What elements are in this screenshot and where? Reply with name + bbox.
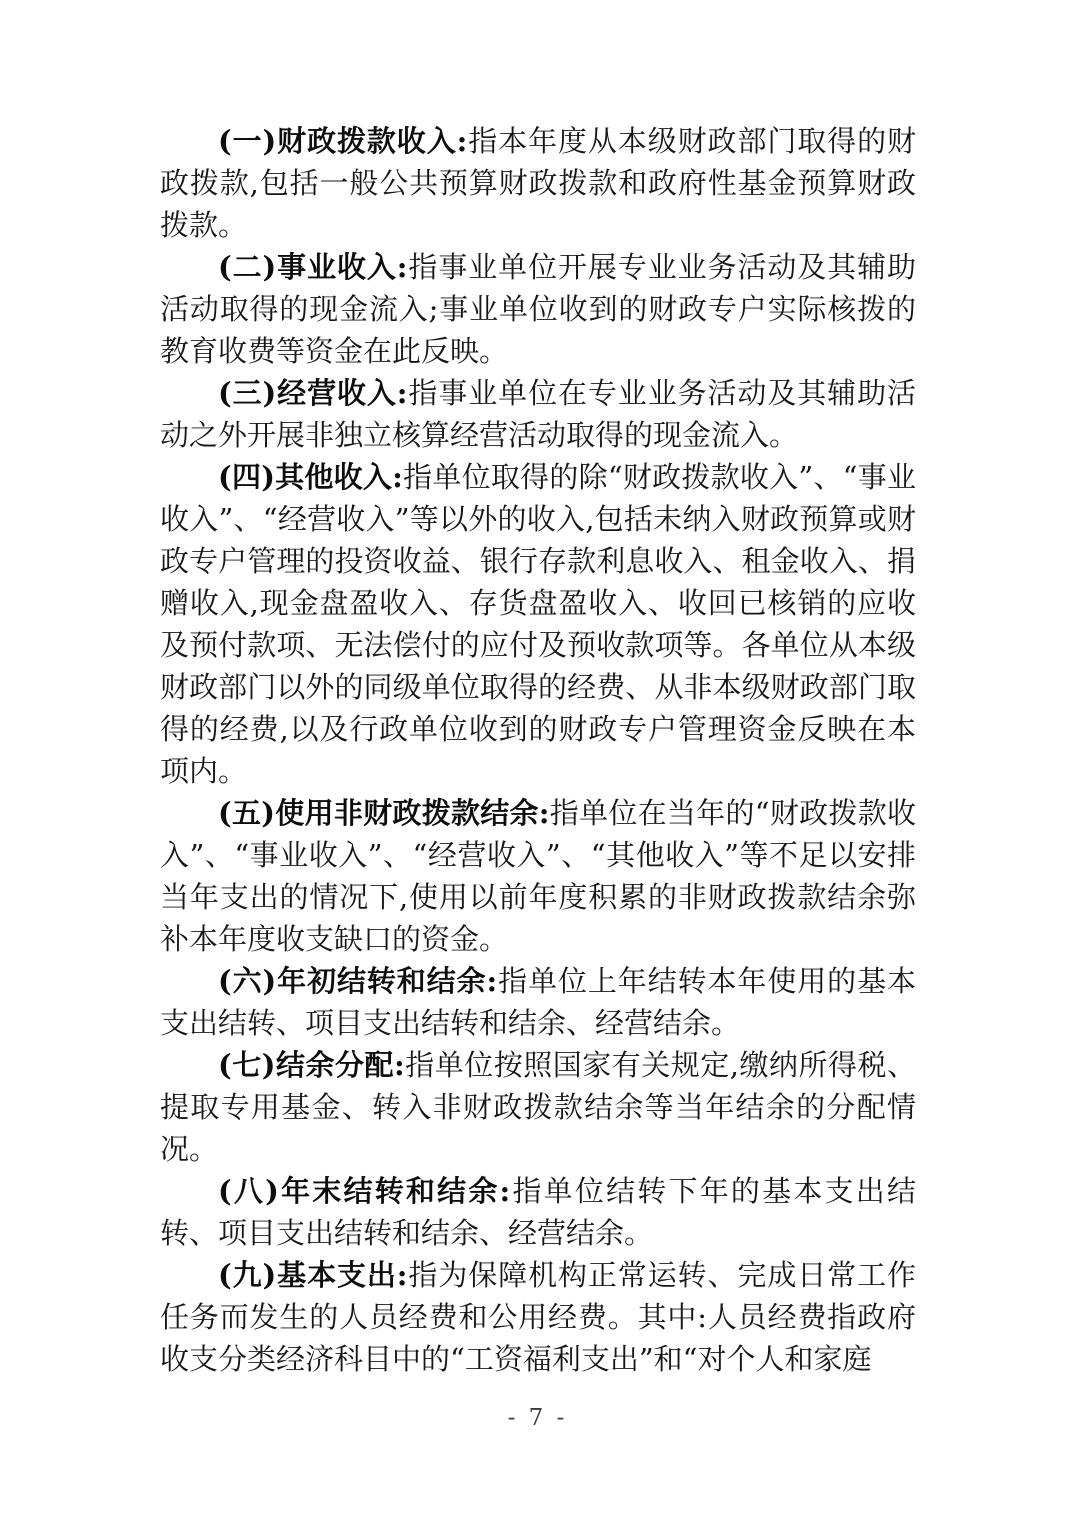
document-page: (一)财政拨款收入:指本年度从本级财政部门取得的财政拨款,包括一般公共预算财政拨… [0,0,1075,1520]
term-heading-2: (二)事业收入: [218,250,408,284]
page-number: - 7 - [0,1405,1075,1431]
term-heading-7: (七)结余分配: [218,1048,405,1082]
definition-paragraph-9: (九)基本支出:指为保障机构正常运转、完成日常工作任务而发生的人员经费和公用经费… [160,1254,916,1380]
definition-paragraph-2: (二)事业收入:指事业单位开展专业业务活动及其辅助活动取得的现金流入;事业单位收… [160,246,916,372]
term-heading-4: (四)其他收入: [218,460,403,494]
definition-paragraph-7: (七)结余分配:指单位按照国家有关规定,缴纳所得税、提取专用基金、转入非财政拨款… [160,1044,916,1170]
term-heading-8: (八)年末结转和结余: [218,1174,510,1208]
term-definition-4: 指单位取得的除“财政拨款收入”、“事业收入”、“经营收入”等以外的收入,包括未纳… [160,460,916,788]
term-heading-5: (五)使用非财政拨款结余: [218,796,550,830]
definition-paragraph-8: (八)年末结转和结余:指单位结转下年的基本支出结转、项目支出结转和结余、经营结余… [160,1170,916,1254]
definition-paragraph-1: (一)财政拨款收入:指本年度从本级财政部门取得的财政拨款,包括一般公共预算财政拨… [160,120,916,246]
document-body: (一)财政拨款收入:指本年度从本级财政部门取得的财政拨款,包括一般公共预算财政拨… [160,120,916,1380]
term-heading-1: (一)财政拨款收入: [218,124,467,158]
definition-paragraph-5: (五)使用非财政拨款结余:指单位在当年的“财政拨款收入”、“事业收入”、“经营收… [160,792,916,960]
definition-paragraph-3: (三)经营收入:指事业单位在专业业务活动及其辅助活动之外开展非独立核算经营活动取… [160,372,916,456]
term-heading-9: (九)基本支出: [218,1258,408,1292]
term-heading-6: (六)年初结转和结余: [218,964,497,998]
definition-paragraph-6: (六)年初结转和结余:指单位上年结转本年使用的基本支出结转、项目支出结转和结余、… [160,960,916,1044]
definition-paragraph-4: (四)其他收入:指单位取得的除“财政拨款收入”、“事业收入”、“经营收入”等以外… [160,456,916,792]
term-heading-3: (三)经营收入: [218,376,408,410]
